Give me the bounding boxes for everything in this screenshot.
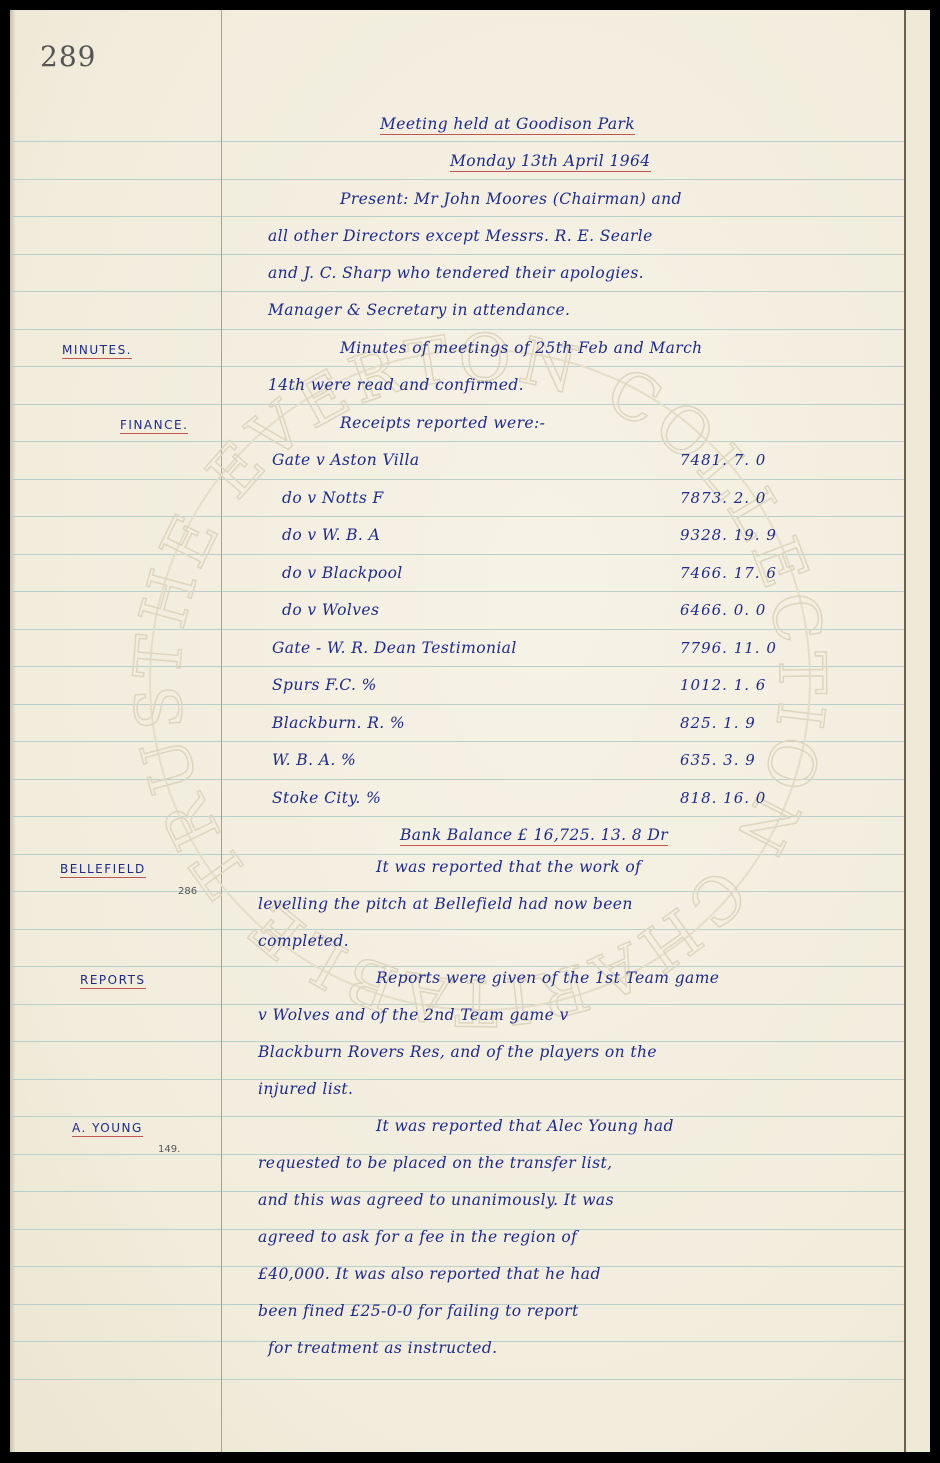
- ruled-line: [10, 366, 904, 367]
- ruled-line: [10, 666, 904, 667]
- young-line-2: requested to be placed on the transfer l…: [258, 1154, 612, 1172]
- finance-intro: Receipts reported were:-: [340, 414, 545, 432]
- ruled-line: [10, 404, 904, 405]
- ruled-line: [10, 329, 904, 330]
- present-line-4: Manager & Secretary in attendance.: [268, 301, 570, 319]
- receipt-amount: 825. 1. 9: [680, 714, 810, 732]
- ruled-line: [10, 929, 904, 930]
- ruled-line: [10, 741, 904, 742]
- ruled-line: [10, 591, 904, 592]
- section-label-reports: REPORTS: [80, 973, 146, 989]
- receipt-item: Stoke City. %: [272, 789, 381, 807]
- receipt-item: do v Wolves: [282, 601, 379, 619]
- receipt-item: do v Blackpool: [282, 564, 403, 582]
- young-line-7: for treatment as instructed.: [268, 1339, 497, 1357]
- reports-line-1: Reports were given of the 1st Team game: [376, 969, 719, 987]
- ruled-line: [10, 966, 904, 967]
- receipt-amount: 7481. 7. 0: [680, 451, 810, 469]
- receipt-item: Spurs F.C. %: [272, 676, 377, 694]
- bellefield-line-2: levelling the pitch at Bellefield had no…: [258, 895, 633, 913]
- receipt-amount: 635. 3. 9: [680, 751, 810, 769]
- ruled-line: [10, 516, 904, 517]
- ruled-line: [10, 704, 904, 705]
- receipt-amount: 9328. 19. 9: [680, 526, 810, 544]
- page-binding-edge: [10, 10, 16, 1452]
- ruled-line: [10, 554, 904, 555]
- minutes-line-2: 14th were read and confirmed.: [268, 376, 524, 394]
- ruled-line: [10, 629, 904, 630]
- present-line-3: and J. C. Sharp who tendered their apolo…: [268, 264, 644, 282]
- ruled-line: [10, 854, 904, 855]
- receipt-amount: 818. 16. 0: [680, 789, 810, 807]
- ruled-line: [10, 816, 904, 817]
- young-line-6: been fined £25-0-0 for failing to report: [258, 1302, 579, 1320]
- young-line-4: agreed to ask for a fee in the region of: [258, 1228, 577, 1246]
- meeting-date: Monday 13th April 1964: [450, 152, 651, 172]
- reports-line-3: Blackburn Rovers Res, and of the players…: [258, 1043, 657, 1061]
- minutes-line-1: Minutes of meetings of 25th Feb and Marc…: [340, 339, 703, 357]
- bank-balance: Bank Balance £ 16,725. 13. 8 Dr: [400, 826, 668, 846]
- receipt-item: W. B. A. %: [272, 751, 356, 769]
- ruled-line: [10, 1041, 904, 1042]
- receipt-amount: 7796. 11. 0: [680, 639, 810, 657]
- ruled-line: [10, 1379, 904, 1380]
- receipt-item: Blackburn. R. %: [272, 714, 405, 732]
- section-label-finance: FINANCE.: [120, 418, 188, 434]
- present-line-2: all other Directors except Messrs. R. E.…: [268, 227, 653, 245]
- bellefield-line-1: It was reported that the work of: [376, 858, 641, 876]
- ruled-line: [10, 779, 904, 780]
- ruled-line: [10, 254, 904, 255]
- young-line-1: It was reported that Alec Young had: [376, 1117, 674, 1135]
- receipt-amount: 7466. 17. 6: [680, 564, 810, 582]
- ruled-line: [10, 216, 904, 217]
- receipt-item: do v W. B. A: [282, 526, 380, 544]
- ruled-line: [10, 1079, 904, 1080]
- section-label-minutes: MINUTES.: [62, 343, 132, 359]
- bellefield-ref: 286: [178, 886, 197, 897]
- receipt-item: Gate v Aston Villa: [272, 451, 420, 469]
- ruled-line: [10, 1004, 904, 1005]
- page-gutter: [904, 10, 930, 1452]
- section-label-young: A. YOUNG: [72, 1121, 143, 1137]
- meeting-heading: Meeting held at Goodison Park: [380, 115, 635, 133]
- meeting-date-line: Monday 13th April 1964: [450, 152, 651, 170]
- page-number: 289: [40, 40, 96, 73]
- receipt-amount: 6466. 0. 0: [680, 601, 810, 619]
- receipt-amount: 7873. 2. 0: [680, 489, 810, 507]
- ruled-line: [10, 141, 904, 142]
- ruled-line: [10, 441, 904, 442]
- meeting-location: Meeting held at Goodison Park: [380, 115, 635, 135]
- ruled-line: [10, 479, 904, 480]
- reports-line-2: v Wolves and of the 2nd Team game v: [258, 1006, 569, 1024]
- reports-line-4: injured list.: [258, 1080, 353, 1098]
- ruled-line: [10, 291, 904, 292]
- red-margin-line: [221, 10, 222, 1452]
- ruled-line: [10, 179, 904, 180]
- receipt-amount: 1012. 1. 6: [680, 676, 810, 694]
- receipt-item: Gate - W. R. Dean Testimonial: [272, 639, 517, 657]
- ruled-line: [10, 891, 904, 892]
- young-line-5: £40,000. It was also reported that he ha…: [258, 1265, 601, 1283]
- receipt-item: do v Notts F: [282, 489, 384, 507]
- young-line-3: and this was agreed to unanimously. It w…: [258, 1191, 614, 1209]
- young-ref: 149.: [158, 1144, 180, 1155]
- present-line-1: Present: Mr John Moores (Chairman) and: [340, 190, 682, 208]
- section-label-bellefield: BELLEFIELD: [60, 862, 146, 878]
- bellefield-line-3: completed.: [258, 932, 349, 950]
- bank-balance-line: Bank Balance £ 16,725. 13. 8 Dr: [400, 826, 668, 844]
